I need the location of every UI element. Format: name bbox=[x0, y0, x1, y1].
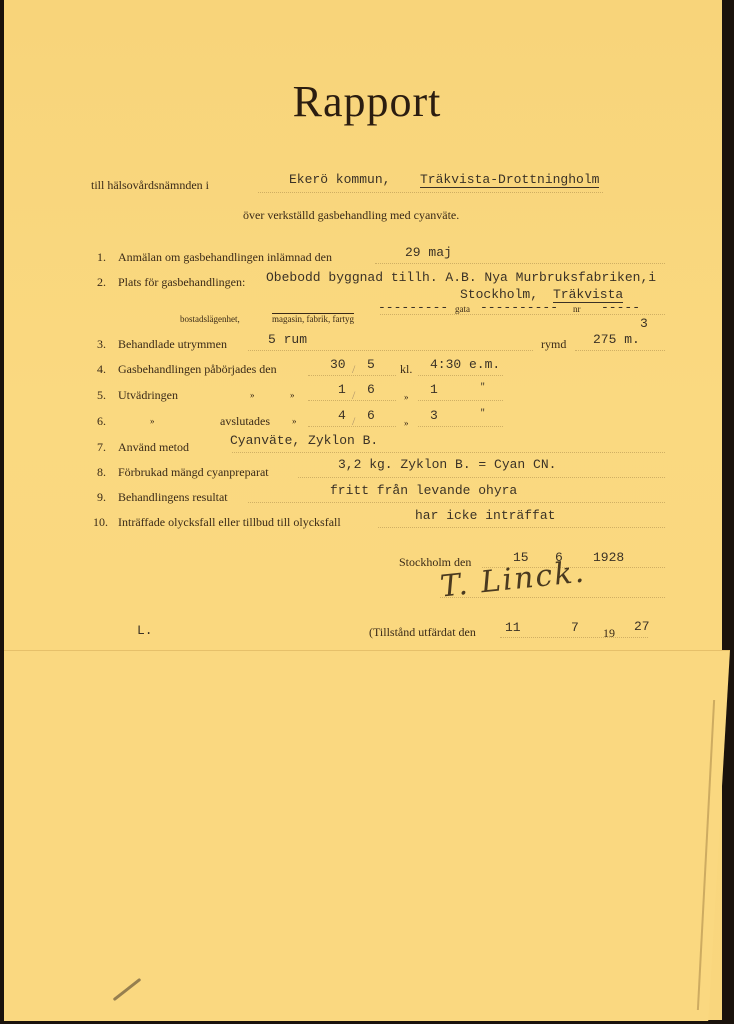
header-subtitle: över verkställd gasbehandling med cyanvä… bbox=[243, 208, 459, 223]
permit-century: 19 bbox=[603, 626, 615, 641]
item-4-time: 4:30 e.m. bbox=[430, 357, 500, 372]
item-9-fill-line bbox=[248, 502, 665, 503]
permit-date-fill-line bbox=[500, 637, 648, 638]
item-8-fill-line bbox=[298, 477, 665, 478]
permit-day: 11 bbox=[505, 620, 521, 635]
item-3-rymd-label: rymd bbox=[541, 337, 566, 352]
item-3-rymd-value: 275 m. bbox=[593, 332, 640, 347]
item-4-date-separator: / bbox=[352, 362, 355, 377]
item-2-dashes-a: --------- bbox=[378, 300, 448, 315]
permit-month: 7 bbox=[571, 620, 579, 635]
header-fill-line bbox=[258, 192, 603, 193]
permit-year: 27 bbox=[634, 619, 650, 634]
item-10-label: Inträffade olycksfall eller tillbud till… bbox=[118, 515, 341, 530]
item-5-number: 5. bbox=[97, 388, 106, 403]
item-1-value: 29 maj bbox=[405, 245, 452, 260]
item-6-ditto-4: " bbox=[480, 408, 485, 418]
header-locality: Träkvista-Drottningholm bbox=[420, 172, 599, 188]
item-6-time-fill-line bbox=[418, 426, 503, 427]
item-6-ditto-2: » bbox=[292, 416, 297, 426]
item-4-label: Gasbehandlingen påbörjades den bbox=[118, 362, 277, 377]
item-6-time: 3 bbox=[430, 408, 438, 423]
item-6-number: 6. bbox=[97, 414, 106, 429]
item-1-fill-line bbox=[375, 263, 665, 264]
item-7-number: 7. bbox=[97, 440, 106, 455]
item-3-rymd-fill-line bbox=[575, 350, 665, 351]
item-9-value: fritt från levande ohyra bbox=[330, 483, 517, 498]
item-4-month: 5 bbox=[367, 357, 375, 372]
item-5-ditto-1: » bbox=[250, 390, 255, 400]
item-2-value: Obebodd byggnad tillh. A.B. Nya Murbruks… bbox=[266, 270, 656, 285]
item-8-label: Förbrukad mängd cyanpreparat bbox=[118, 465, 269, 480]
item-6-label: avslutades bbox=[220, 414, 270, 429]
item-10-fill-line bbox=[378, 527, 665, 528]
folded-page-lower bbox=[4, 650, 730, 1021]
item-2-label: Plats för gasbehandlingen: bbox=[118, 275, 245, 290]
item-8-number: 8. bbox=[97, 465, 106, 480]
item-7-label: Använd metod bbox=[118, 440, 189, 455]
item-5-month: 6 bbox=[367, 382, 375, 397]
item-5-ditto-4: " bbox=[480, 382, 485, 392]
item-6-label-ditto: » bbox=[150, 416, 155, 426]
item-5-date-separator: / bbox=[352, 388, 355, 403]
footer-initial: L. bbox=[137, 623, 153, 638]
item-10-value: har icke inträffat bbox=[415, 508, 555, 523]
item-6-month: 6 bbox=[367, 408, 375, 423]
item-5-ditto-3: » bbox=[404, 392, 409, 402]
item-2-sublabel-struck: magasin, fabrik, fartyg bbox=[272, 314, 354, 324]
item-2-number: 2. bbox=[97, 275, 106, 290]
item-1-number: 1. bbox=[97, 250, 106, 265]
item-6-date-separator: / bbox=[352, 414, 355, 429]
item-9-label: Behandlingens resultat bbox=[118, 490, 228, 505]
signature-fill-line bbox=[440, 597, 665, 598]
item-6-day: 4 bbox=[338, 408, 346, 423]
item-2-dashes-c: ----- bbox=[601, 300, 640, 315]
item-4-kl-label: kl. bbox=[400, 362, 412, 377]
item-4-number: 4. bbox=[97, 362, 106, 377]
item-4-time-fill-line bbox=[418, 375, 503, 376]
item-5-day: 1 bbox=[338, 382, 346, 397]
item-9-number: 9. bbox=[97, 490, 106, 505]
item-4-day: 30 bbox=[330, 357, 346, 372]
item-3-value: 5 rum bbox=[268, 332, 307, 347]
item-3-superscript: 3 bbox=[640, 316, 648, 331]
item-5-time-fill-line bbox=[418, 400, 503, 401]
item-10-number: 10. bbox=[93, 515, 108, 530]
header-prefix: till hälsovårdsnämnden i bbox=[91, 178, 209, 193]
item-6-ditto-3: » bbox=[404, 418, 409, 428]
item-3-fill-line bbox=[248, 350, 533, 351]
item-7-value: Cyanväte, Zyklon B. bbox=[230, 433, 378, 448]
permit-label: (Tillstånd utfärdat den bbox=[369, 625, 476, 640]
item-2-dashes-b: ---------- bbox=[480, 300, 558, 315]
item-5-label: Utvädringen bbox=[118, 388, 178, 403]
header-municipality: Ekerö kommun, bbox=[289, 172, 390, 187]
item-2-sublabel: bostadslägenhet, bbox=[180, 314, 240, 324]
item-8-value: 3,2 kg. Zyklon B. = Cyan CN. bbox=[338, 457, 556, 472]
signature-year: 1928 bbox=[593, 550, 624, 565]
item-2-nr-label: nr bbox=[573, 304, 581, 314]
item-3-number: 3. bbox=[97, 337, 106, 352]
item-5-ditto-2: » bbox=[290, 390, 295, 400]
item-2-gata-label: gata bbox=[455, 304, 470, 314]
item-1-label: Anmälan om gasbehandlingen inlämnad den bbox=[118, 250, 332, 265]
item-5-time: 1 bbox=[430, 382, 438, 397]
item-3-label: Behandlade utrymmen bbox=[118, 337, 227, 352]
document-title: Rapport bbox=[0, 76, 734, 127]
item-7-fill-line bbox=[232, 452, 665, 453]
